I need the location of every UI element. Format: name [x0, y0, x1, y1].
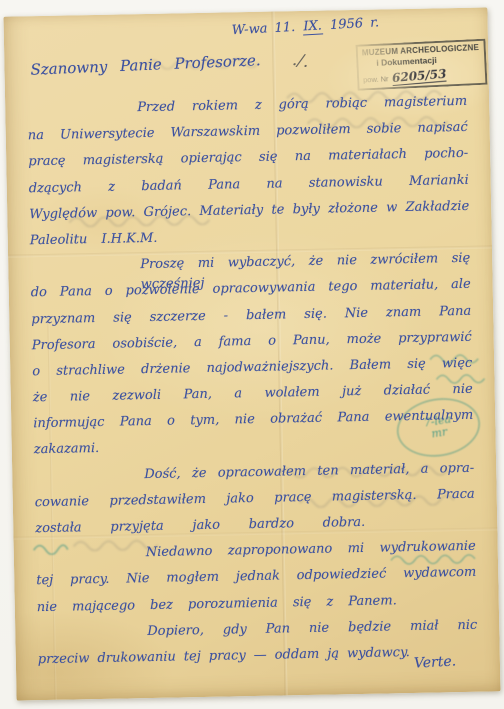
reference-mark: ./. [291, 50, 310, 72]
stamp-number-label: pow. Nr [363, 74, 389, 84]
letter-body: Przed rokiem z górą robiąc magisterium n… [27, 92, 478, 676]
date-month-roman: IX. [302, 18, 323, 35]
scanned-letter-view: 7-lea mr W-wa 11. IX. 1956 r. ./. MUZEUM… [0, 0, 504, 709]
date-year: 1956 r. [330, 15, 380, 33]
salutation: Szanowny Panie Profesorze. [30, 51, 261, 79]
date-place-day: W-wa 11. [231, 20, 295, 38]
registry-stamp: MUZEUM ARCHEOLOGICZNE i Dokumentacji pow… [355, 39, 487, 91]
letter-paper: 7-lea mr W-wa 11. IX. 1956 r. ./. MUZEUM… [3, 7, 500, 700]
stamp-number: 6205/53 [392, 67, 448, 86]
verte-note: Verte. [413, 653, 456, 671]
date-line: W-wa 11. IX. 1956 r. [231, 14, 402, 38]
